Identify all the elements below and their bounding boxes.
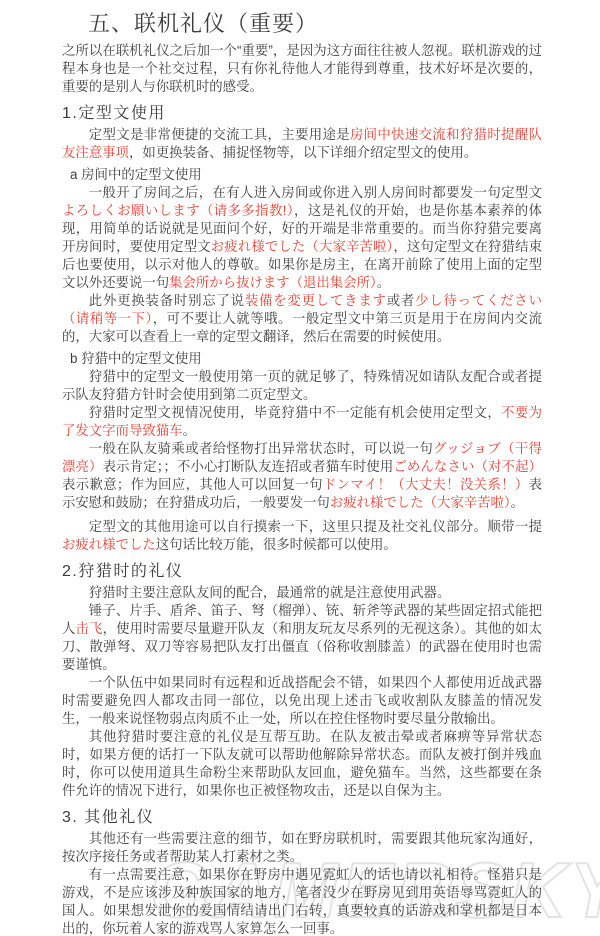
text-run: 。 [511,495,524,510]
sub-heading: a 房间中的定型文使用 [62,166,542,184]
text-run: 一个队伍中如果同时有远程和近战搭配会不错，如果四个人都使用近战武器时需要避免四人… [62,675,542,726]
text-run: 一般在队友骑乘或者给怪物打出异常状态时，可以说一句 [89,441,433,456]
page-title: 五、联机礼仪（重要） [88,10,542,38]
highlight-text: お疲れ様でした（大家辛苦啦） [211,239,394,254]
paragraph: 一般在队友骑乘或者给怪物打出异常状态时，可以说一句グッジョブ（干得漂亮）表示肯定… [62,440,542,512]
text-run: b 狩猎中的定型文使用 [70,351,202,366]
paragraph: 定型文是非常便捷的交流工具，主要用途是房间中快速交流和狩猎时提醒队友注意事项，如… [62,126,542,162]
text-run: 其他狩猎时要注意的礼仪是互帮互助。在队友被击晕或者麻痹等异常状态时，如果方便的话… [62,729,542,798]
paragraph: 一般开了房间之后，在有人进入房间或你进入别人房间时都要发一句定型文よろしくお願い… [62,184,542,292]
paragraph: 定型文的其他用途可以自行摸索一下，这里只提及社交礼仪部分。顺带一提お疲れ様でした… [62,518,542,554]
text-run: 。 [377,275,390,290]
text-run: 之所以在联机礼仪之后加一个“重要”，是因为这方面往往被人忽视。联机游戏的过程本身… [62,43,542,94]
highlight-text: お疲れ様でした（大家辛苦啦） [330,495,511,510]
paragraph: 狩猎时主要注意队友间的配合，最通常的就是注意使用武器。 [62,584,542,602]
document-content: 五、联机礼仪（重要） 之所以在联机礼仪之后加一个“重要”，是因为这方面往往被人忽… [0,0,600,936]
text-run: 其他还有一些需要注意的细节，如在野房联机时，需要跟其他玩家沟通好，按次序接任务或… [62,831,542,864]
highlight-text: お疲れ様でした [62,537,156,552]
highlight-text: ドンマイ！（大丈夫！没关系！） [323,477,529,492]
paragraph: 之所以在联机礼仪之后加一个“重要”，是因为这方面往往被人忽视。联机游戏的过程本身… [62,42,542,96]
text-run: 或者 [387,293,415,308]
text-run: 定型文的其他用途可以自行摸索一下，这里只提及社交礼仪部分。顺带一提 [89,519,542,534]
paragraph: 锤子、片手、盾斧、笛子、弩（榴弹）、铳、斩斧等武器的某些固定招式能把人击飞，使用… [62,602,542,674]
highlight-text: 集会所から抜けます（退出集会所） [169,275,377,290]
paragraph: 狩猎中的定型文一般使用第一页的就足够了，特殊情况如请队友配合或者提示队友狩猎方针… [62,368,542,404]
text-run: 狩猎中的定型文一般使用第一页的就足够了，特殊情况如请队友配合或者提示队友狩猎方针… [62,369,542,402]
paragraph: 此外更换装备时别忘了说装備を変更してきます或者少し待ってください（请稍等一下），… [62,292,542,346]
paragraph: 其他还有一些需要注意的细节，如在野房联机时，需要跟其他玩家沟通好，按次序接任务或… [62,830,542,866]
text-run: 表示肯定；；不小心打断队友连招或者猫车时使用 [103,459,394,474]
text-run: ，如更换装备、捕捉怪物等，以下详细介绍定型文的使用。 [129,145,477,160]
highlight-text: 装備を変更してきます [245,293,387,308]
paragraph: 一个队伍中如果同时有远程和近战搭配会不错，如果四个人都使用近战武器时需要避免四人… [62,674,542,728]
text-run: ，使用时需要尽量避开队友（和朋友玩友尽系列的无视这条）。其他的如太刀、散弹弩、双… [62,621,542,672]
highlight-text: 击飞 [76,621,103,636]
highlight-text: よろしくお願いします（请多多指教!） [62,203,294,218]
text-run: 一般开了房间之后，在有人进入房间或你进入别人房间时都要发一句定型文 [89,185,542,200]
text-run: 狩猎时定型文视情况使用，毕竟狩猎中不一定能有机会使用定型文， [89,405,501,420]
section-heading: 3. 其他礼仪 [62,808,542,828]
section-heading: 2.狩猎时的礼仪 [62,562,542,582]
text-run: 这句话比较万能，很多时候都可以使用。 [156,537,397,552]
text-run: 狩猎时主要注意队友间的配合，最通常的就是注意使用武器。 [89,585,451,600]
document-page: GAMERSKY 五、联机礼仪（重要） 之所以在联机礼仪之后加一个“重要”，是因… [0,0,600,936]
sub-heading: b 狩猎中的定型文使用 [62,350,542,368]
highlight-text: ごめんなさい（对不起） [393,459,542,474]
text-run: 定型文是非常便捷的交流工具，主要用途是 [89,127,350,142]
paragraph: 有一点需要注意，如果你在野房中遇见霓虹人的话也请以礼相待。怪猎只是游戏，不是应该… [62,866,542,936]
text-run: 。 [183,423,196,438]
paragraph: 狩猎时定型文视情况使用，毕竟狩猎中不一定能有机会使用定型文，不要为了发文字而导致… [62,404,542,440]
text-run: 表示歉意；作为回应，其他人可以回复一句 [62,477,323,492]
paragraph: 其他狩猎时要注意的礼仪是互帮互助。在队友被击晕或者麻痹等异常状态时，如果方便的话… [62,728,542,800]
text-run: 有一点需要注意，如果你在野房中遇见霓虹人的话也请以礼相待。怪猎只是游戏，不是应该… [62,867,542,936]
sections-container: 之所以在联机礼仪之后加一个“重要”，是因为这方面往往被人忽视。联机游戏的过程本身… [62,42,542,936]
text-run: 此外更换装备时别忘了说 [89,293,245,308]
text-run: a 房间中的定型文使用 [70,167,202,182]
section-heading: 1.定型文使用 [62,104,542,124]
